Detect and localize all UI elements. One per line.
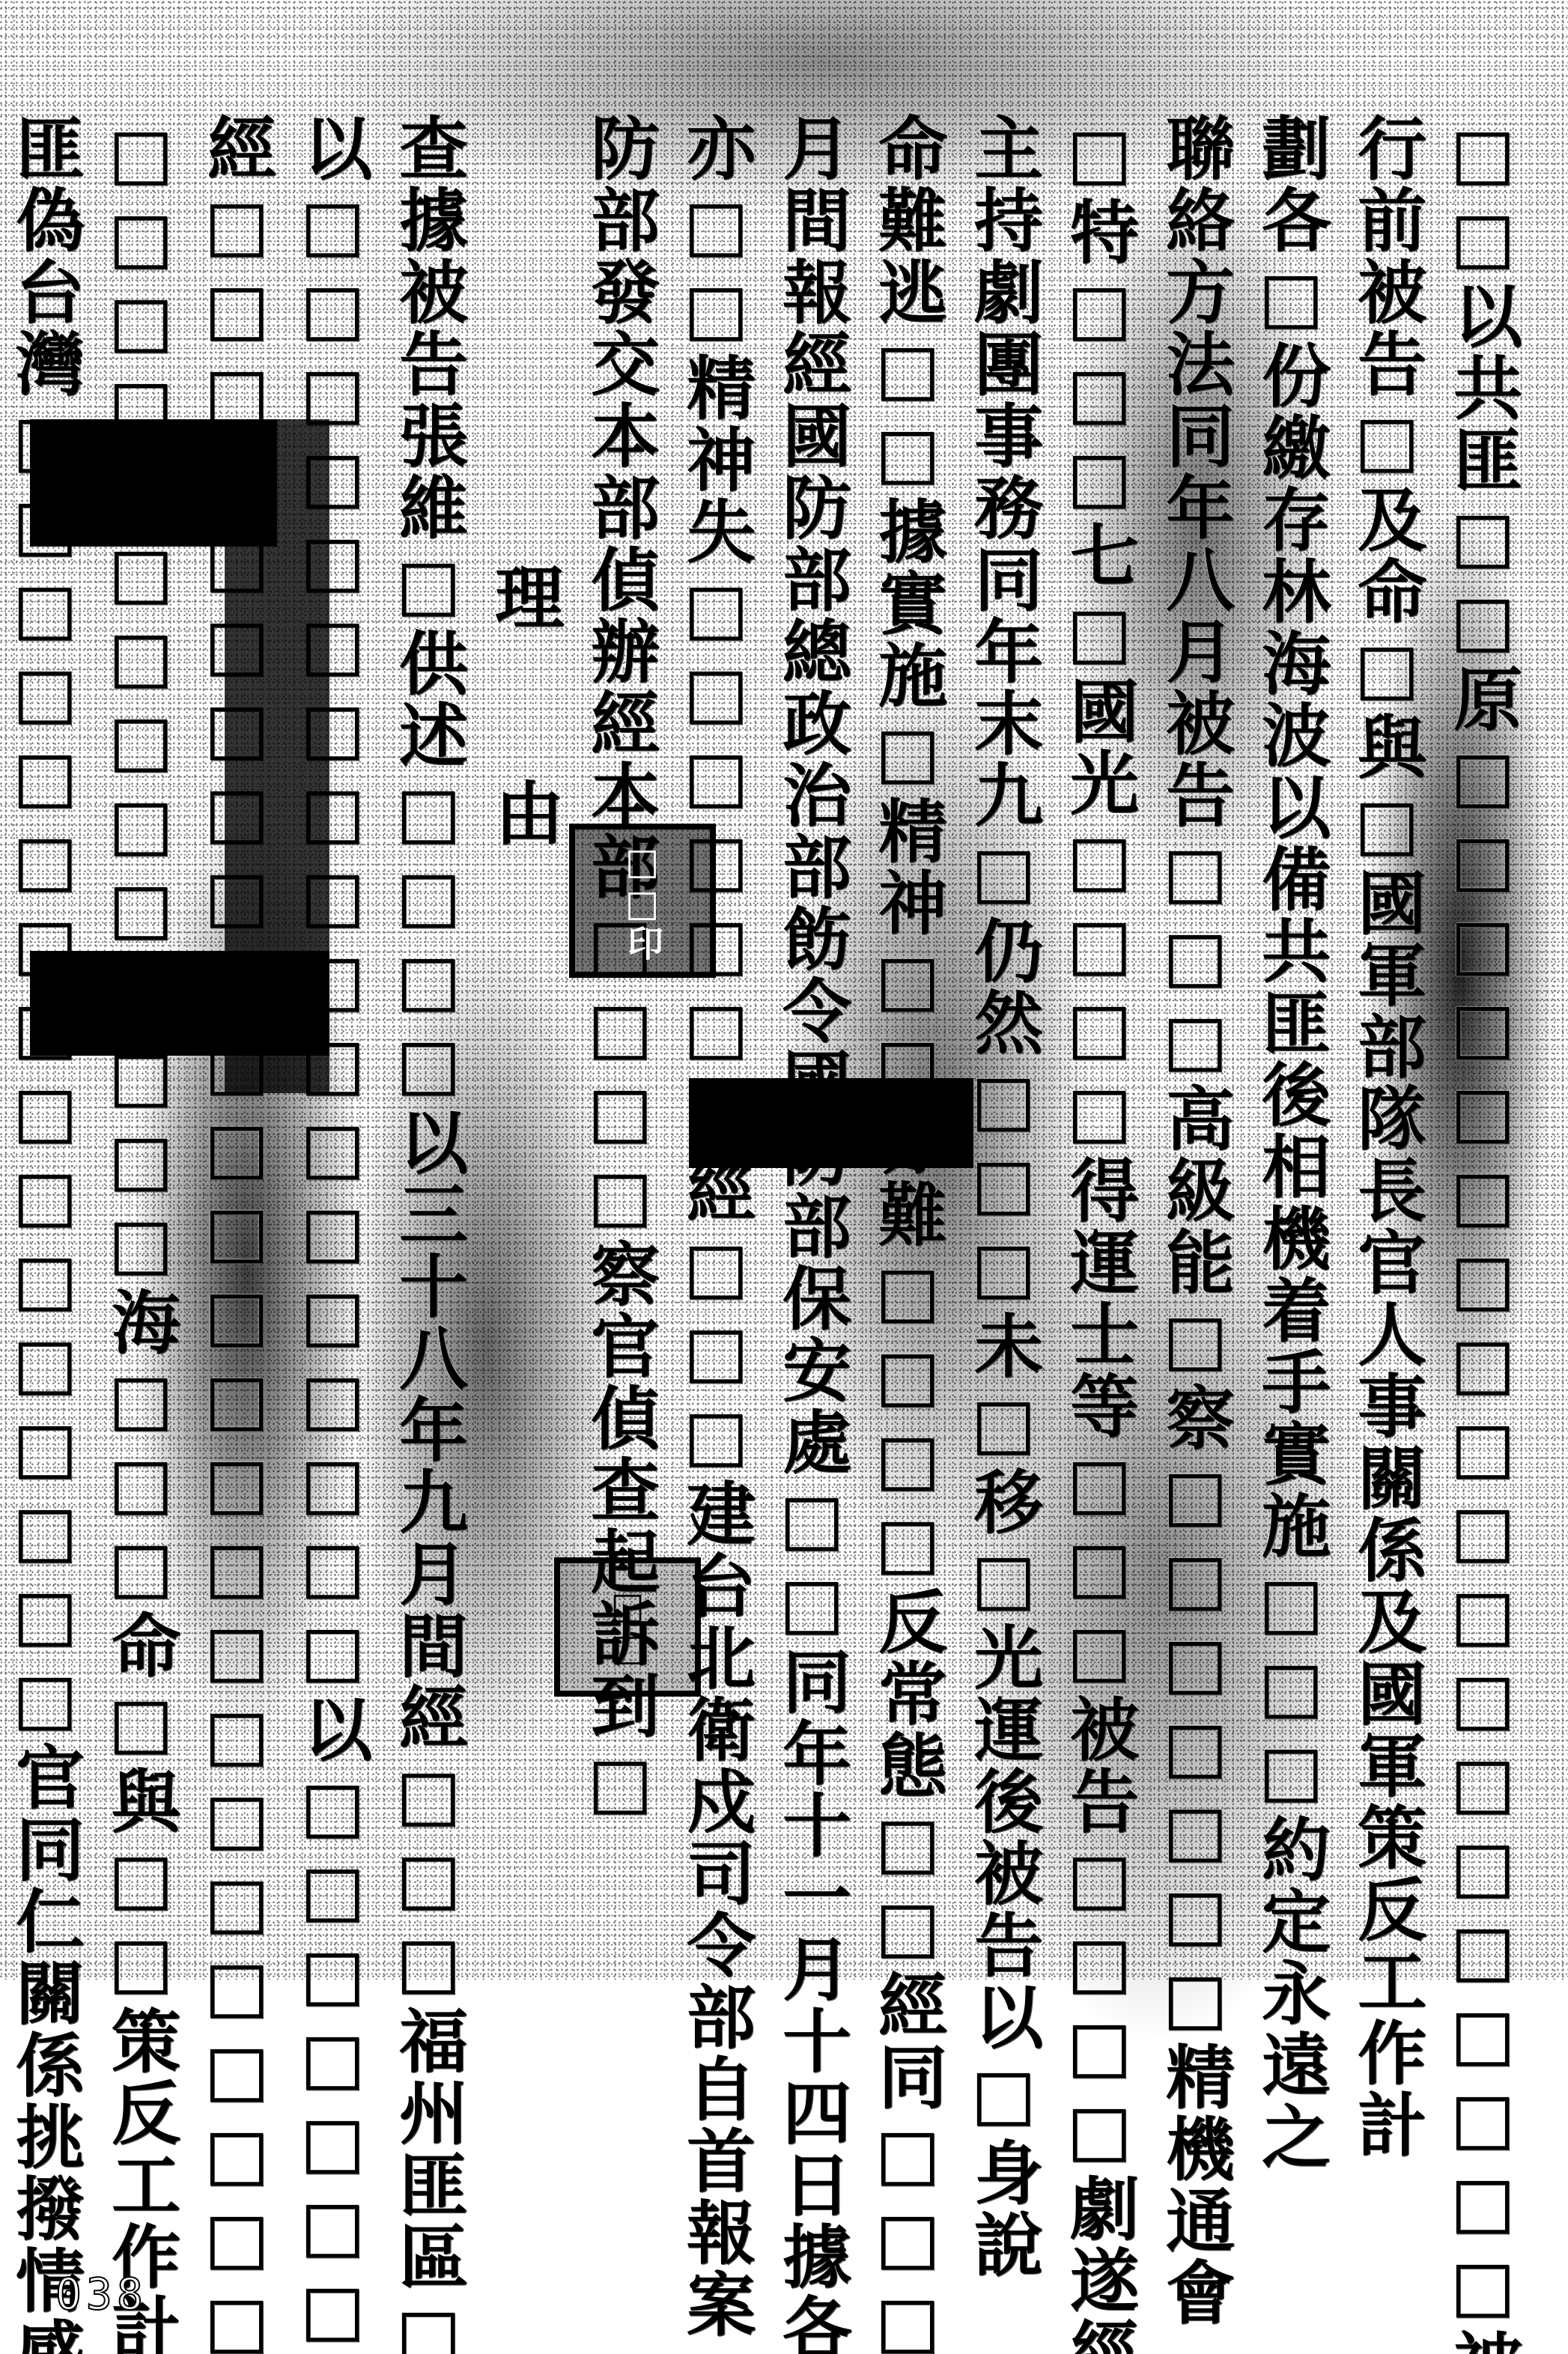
text-column: 行前被告□及命□與□國軍部隊長官人事關係及國軍策反工作計 [1339,112,1435,2179]
text-column: 查據被告張維□供述□□□□以三十八年九月間經□□□福州匪區□士 [380,112,476,2179]
official-seal-lower: □□ [554,1557,701,1697]
section-heading: 理 由 [476,112,572,2179]
page-number: 038 [55,2269,148,2320]
text-column: □特□□□七□國光□□□□得運士等□□□被告□□□□劇遂經國□部辦公室 [1051,112,1147,2179]
seal-text: □□ [607,1585,648,1669]
redaction-block [689,1078,973,1168]
text-column: 劃各□份繳存林海波以備共匪後相機着手實施□□□約定永遠之 [1243,112,1339,2179]
document-page: □□以共匪□□原□□□□□□□□□□□□□□□□□□□被□□房 行前被告□及命□… [0,0,1568,2354]
text-column: □□以共匪□□原□□□□□□□□□□□□□□□□□□□被□□房 [1435,112,1531,2179]
official-seal-upper: □□印 [569,824,716,978]
dark-scan-patch [225,419,329,1093]
text-column: 聯絡方法同年八月被告□□□高級能□察□□□□□□□精機通會 [1147,112,1243,2179]
ink-smudge [1198,2126,1221,2138]
seal-text: □□印 [617,841,669,961]
text-column: 防部發交本部偵辦經本部□□□□察官偵查起訴到□ [572,112,668,2179]
